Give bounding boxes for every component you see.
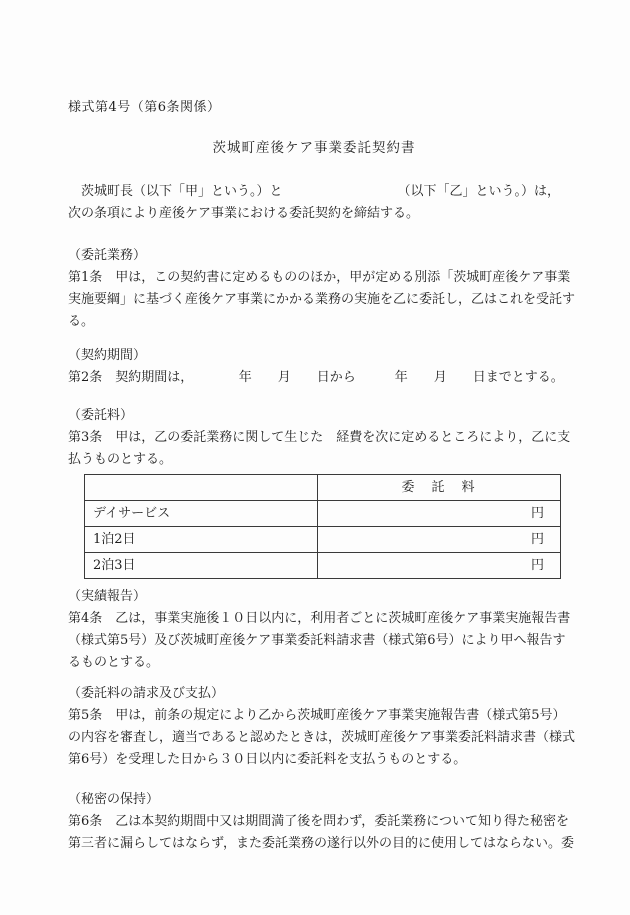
article-2-contract-period: （契約期間） 第2条 契約期間は， 年 月 日から 年 月 日までとする。 [68,345,560,389]
intro-paragraph: 茨城町長（以下「甲」という。）と （以下「乙」という。）は， 次の条項により産後… [68,181,560,225]
article-3-body: 第3条 甲は，乙の委託業務に関して生じた 経費を次に定めるところにより，乙に支 … [68,427,560,471]
article-3-heading: （委託料） [68,405,560,427]
table-row-2-nights-3-days: 2泊3日 円 [85,553,561,579]
document-title: 茨城町産後ケア事業委託契約書 [68,137,560,159]
fee-amount-cell: 円 [318,527,561,553]
article-1-entrusted-business: （委託業務） 第1条 甲は，この契約書に定めるもののほか，甲が定める別添「茨城町… [68,245,560,333]
fee-table-blank-header-cell [85,475,318,501]
fee-amount-cell: 円 [318,553,561,579]
service-name-cell: デイサービス [85,501,318,527]
party-b-name-blank [283,181,398,203]
contract-document-page: 様式第4号（第6条関係） 茨城町産後ケア事業委託契約書 茨城町長（以下「甲」とい… [0,0,630,915]
fee-table-fee-header-cell: 委 託 料 [318,475,561,501]
table-row-1-night-2-days: 1泊2日 円 [85,527,561,553]
service-name-cell: 2泊3日 [85,553,318,579]
table-row-day-service: デイサービス 円 [85,501,561,527]
article-4-body: 第4条 乙は，事業実施後１０日以内に，利用者ごとに茨城町産後ケア事業実施報告書 … [68,608,560,674]
article-2-heading: （契約期間） [68,345,560,367]
article-5-heading: （委託料の請求及び支払） [68,683,560,705]
article-5-body: 第5条 甲は，前条の規定により乙から茨城町産後ケア事業実施報告書（様式第5号） … [68,705,560,771]
article-4-performance-report: （実績報告） 第4条 乙は，事業実施後１０日以内に，利用者ごとに茨城町産後ケア事… [68,586,560,674]
article-5-fee-billing-payment: （委託料の請求及び支払） 第5条 甲は，前条の規定により乙から茨城町産後ケア事業… [68,683,560,771]
fee-table-header-row: 委 託 料 [85,475,561,501]
intro-line-2: 次の条項により産後ケア事業における委託契約を締結する。 [68,203,560,225]
intro-party-b-text: （以下「乙」という。）は， [397,181,560,203]
intro-party-a-text: 茨城町長（以下「甲」という。）と [68,181,283,203]
article-4-heading: （実績報告） [68,586,560,608]
article-3-consignment-fee: （委託料） 第3条 甲は，乙の委託業務に関して生じた 経費を次に定めるところによ… [68,405,560,471]
fee-amount-cell: 円 [318,501,561,527]
article-1-heading: （委託業務） [68,245,560,267]
article-2-body: 第2条 契約期間は， 年 月 日から 年 月 日までとする。 [68,367,560,389]
fee-table: 委 託 料 デイサービス 円 1泊2日 円 2泊3日 円 [84,474,561,579]
article-6-body: 第6条 乙は本契約期間中又は期間満了後を問わず，委託業務について知り得た秘密を … [68,811,560,855]
article-6-heading: （秘密の保持） [68,789,560,811]
article-6-confidentiality: （秘密の保持） 第6条 乙は本契約期間中又は期間満了後を問わず，委託業務について… [68,789,560,855]
form-number: 様式第4号（第6条関係） [68,97,560,119]
service-name-cell: 1泊2日 [85,527,318,553]
article-1-body: 第1条 甲は，この契約書に定めるもののほか，甲が定める別添「茨城町産後ケア事業 … [68,267,560,333]
intro-line-1: 茨城町長（以下「甲」という。）と （以下「乙」という。）は， [68,181,560,203]
